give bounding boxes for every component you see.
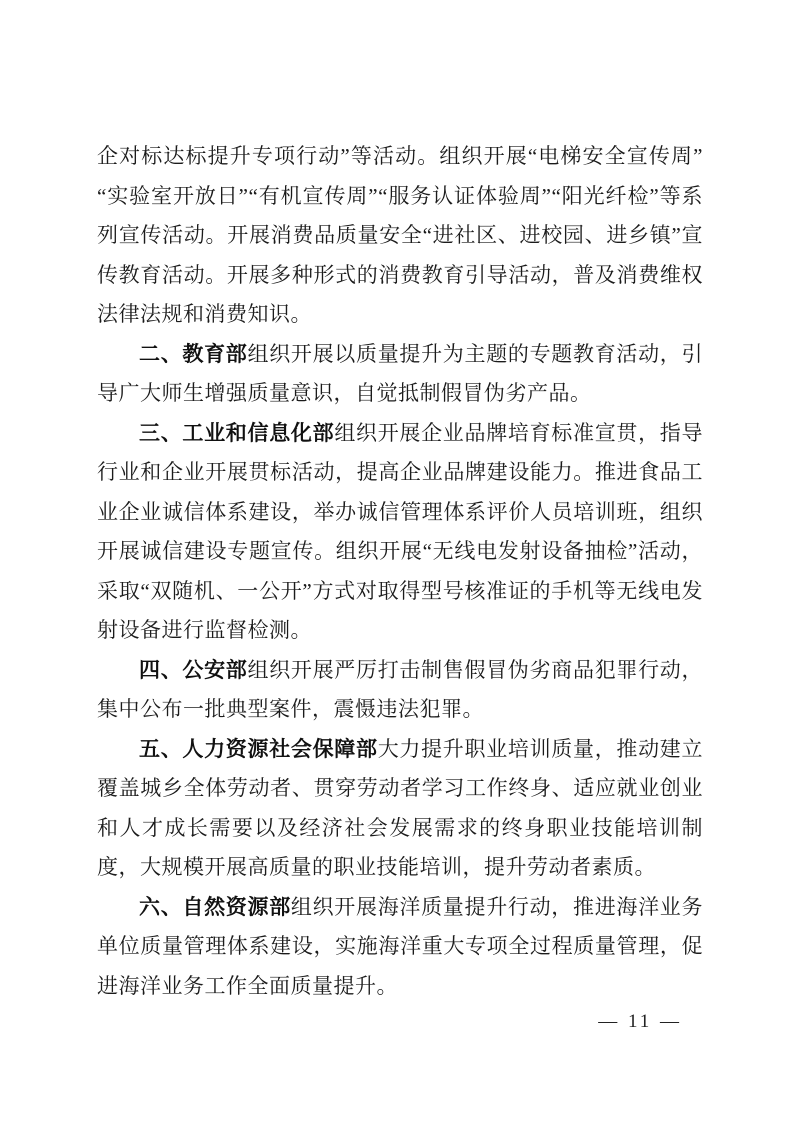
section-head-ministry-of-natural-resources: 六、自然资源部 [139, 896, 291, 919]
section-head-ministry-of-human-resources: 五、人力资源社会保障部 [139, 738, 378, 761]
paragraph-section-5: 五、人力资源社会保障部大力提升职业培训质量，推动建立覆盖城乡全体劳动者、贯穿劳动… [97, 730, 703, 888]
section-head-ministry-of-industry: 三、工业和信息化部 [139, 422, 334, 445]
page-number: — 11 — [598, 1010, 682, 1034]
document-body: 企对标达标提升专项行动”等活动。组织开展“电梯安全宣传周”“实验室开放日”“有机… [97, 137, 703, 1006]
section-head-ministry-of-public-security: 四、公安部 [139, 659, 248, 682]
paragraph-text: 企对标达标提升专项行动”等活动。组织开展“电梯安全宣传周”“实验室开放日”“有机… [97, 144, 703, 326]
paragraph-section-2: 二、教育部组织开展以质量提升为主题的专题教育活动，引导广大师生增强质量意识，自觉… [97, 335, 703, 414]
document-page: 企对标达标提升专项行动”等活动。组织开展“电梯安全宣传周”“实验室开放日”“有机… [0, 0, 800, 1146]
paragraph-section-6: 六、自然资源部组织开展海洋质量提升行动，推进海洋业务单位质量管理体系建设，实施海… [97, 888, 703, 1007]
paragraph-section-4: 四、公安部组织开展严厉打击制售假冒伪劣商品犯罪行动，集中公布一批典型案件，震慑违… [97, 651, 703, 730]
paragraph-continuation: 企对标达标提升专项行动”等活动。组织开展“电梯安全宣传周”“实验室开放日”“有机… [97, 137, 703, 335]
section-head-ministry-of-education: 二、教育部 [139, 343, 248, 366]
paragraph-text: 组织开展企业品牌培育标准宣贯，指导行业和企业开展贯标活动，提高企业品牌建设能力。… [97, 421, 703, 643]
paragraph-section-3: 三、工业和信息化部组织开展企业品牌培育标准宣贯，指导行业和企业开展贯标活动，提高… [97, 414, 703, 651]
